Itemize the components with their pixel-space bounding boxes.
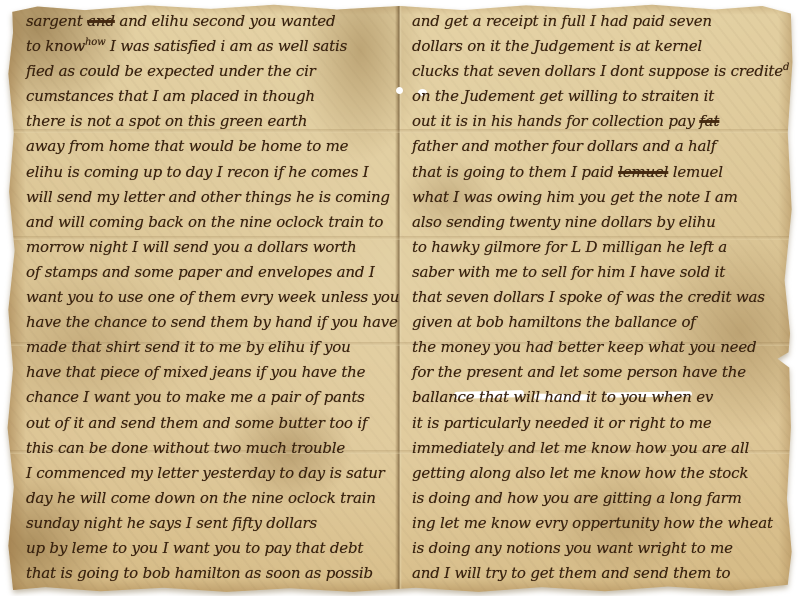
letter-line: that is going to them I paid lemuel lemu… xyxy=(412,160,786,185)
letter-pages: sargent and and elihu second you wantedt… xyxy=(0,0,800,596)
letter-line: have the chance to send them by hand if … xyxy=(26,310,390,335)
letter-line: will send my letter and other things he … xyxy=(26,185,390,210)
letter-line: and get a receipt in full I had paid sev… xyxy=(412,9,786,34)
letter-line: given at bob hamiltons the ballance of xyxy=(412,310,786,335)
letter-line: is doing any notions you want wright to … xyxy=(412,536,786,561)
letter-line: there is not a spot on this green earth xyxy=(26,109,390,134)
letter-line: saber with me to sell for him I have sol… xyxy=(412,260,786,285)
letter-line: elihu is coming up to day I recon if he … xyxy=(26,160,390,185)
letter-line: chance I want you to make me a pair of p… xyxy=(26,385,390,410)
letter-scan: { "document": { "kind": "handwritten-let… xyxy=(0,0,800,596)
letter-line: ing let me know evry oppertunity how the… xyxy=(412,511,786,536)
letter-line: the money you had better keep what you n… xyxy=(412,335,786,360)
struck-word: and xyxy=(87,12,115,30)
letter-line: out it is in his hands for collection pa… xyxy=(412,109,786,134)
letter-line: getting along also let me know how the s… xyxy=(412,461,786,486)
letter-line: dollars on it the Judgement is at kernel xyxy=(412,34,786,59)
letter-line: it is particularly needed it or right to… xyxy=(412,411,786,436)
letter-line: sunday night he says I sent fifty dollar… xyxy=(26,511,390,536)
struck-word: lemuel xyxy=(618,163,668,181)
letter-line: have that piece of mixed jeans if you ha… xyxy=(26,360,390,385)
letter-line: made that shirt send it to me by elihu i… xyxy=(26,335,390,360)
letter-line: is doing and how you are gitting a long … xyxy=(412,486,786,511)
letter-line: fied as could be expected under the cir xyxy=(26,59,390,84)
letter-line: away from home that would be home to me xyxy=(26,134,390,159)
letter-line: up by leme to you I want you to pay that… xyxy=(26,536,390,561)
letter-line: on the Judement get willing to straiten … xyxy=(412,84,786,109)
letter-line: I commenced my letter yesterday to day i… xyxy=(26,461,390,486)
inserted-word: d xyxy=(783,62,789,73)
page-left-lines: sargent and and elihu second you wantedt… xyxy=(26,9,390,586)
letter-page-right: and get a receipt in full I had paid sev… xyxy=(412,9,786,586)
letter-line: out of it and send them and some butter … xyxy=(26,411,390,436)
letter-line: to knowhow I was satisfied i am as well … xyxy=(26,34,390,59)
letter-line: ballance that will hand it to you when e… xyxy=(412,385,786,410)
letter-page-left: sargent and and elihu second you wantedt… xyxy=(26,9,390,586)
letter-line: that is going to bob hamilton as soon as… xyxy=(26,561,390,586)
letter-line: cumstances that I am placed in though xyxy=(26,84,390,109)
letter-line: immediately and let me know how you are … xyxy=(412,436,786,461)
letter-line: to hawky gilmore for L D milligan he lef… xyxy=(412,235,786,260)
page-right-lines: and get a receipt in full I had paid sev… xyxy=(412,9,786,586)
letter-line: this can be done without two much troubl… xyxy=(26,436,390,461)
letter-line: what I was owing him you get the note I … xyxy=(412,185,786,210)
letter-line: also sending twenty nine dollars by elih… xyxy=(412,210,786,235)
letter-line: clucks that seven dollars I dont suppose… xyxy=(412,59,786,84)
letter-line: of stamps and some paper and envelopes a… xyxy=(26,260,390,285)
letter-line: father and mother four dollars and a hal… xyxy=(412,134,786,159)
letter-line: that seven dollars I spoke of was the cr… xyxy=(412,285,786,310)
letter-line: and will coming back on the nine oclock … xyxy=(26,210,390,235)
letter-line: for the present and let some person have… xyxy=(412,360,786,385)
inserted-word: how xyxy=(85,37,105,48)
struck-word: fat xyxy=(699,112,719,130)
letter-line: day he will come down on the nine oclock… xyxy=(26,486,390,511)
letter-line: and I will try to get them and send them… xyxy=(412,561,786,586)
letter-line: morrow night I will send you a dollars w… xyxy=(26,235,390,260)
letter-line: want you to use one of them evry week un… xyxy=(26,285,390,310)
letter-line: sargent and and elihu second you wanted xyxy=(26,9,390,34)
